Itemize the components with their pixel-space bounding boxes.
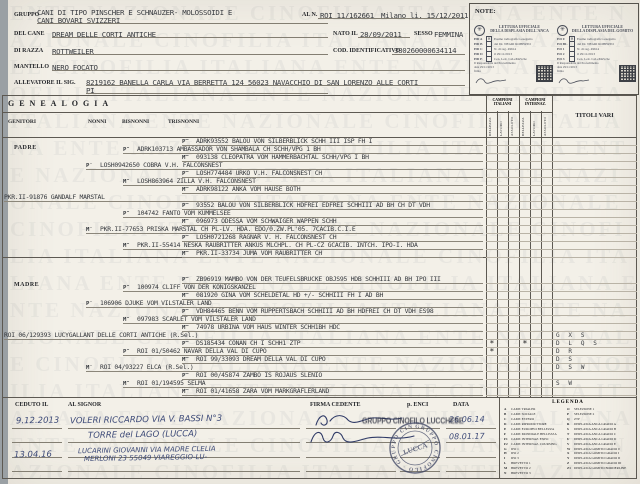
dog-name: 081920 GINA VOM SCHELDETAL HD +/- SCHHII… bbox=[196, 291, 383, 299]
campioni-star: * bbox=[523, 339, 528, 348]
table-line bbox=[552, 95, 553, 397]
dog-name: DS185434 CONAN CH I SCHH1 ZTP bbox=[196, 339, 300, 347]
legenda-text: DISPLASIA GOMITO GRADO II bbox=[574, 456, 620, 460]
legenda-text: SELEZIONE 1 bbox=[574, 407, 594, 411]
signature-line bbox=[446, 471, 496, 472]
generation-marker: P″ bbox=[123, 147, 137, 153]
legenda-key: N bbox=[504, 471, 511, 475]
dog-name: 74978 URBINA VOM HAUS WINTER SCHH1BH HDC bbox=[196, 323, 340, 331]
table-line bbox=[499, 397, 500, 478]
round-stamp: GRUPPO CINOFILO · GRUPPO CINOFILO · LUCC… bbox=[387, 420, 443, 476]
stamp-row-text: il 29/11/2013 bbox=[577, 52, 595, 56]
stamp-row-text: dal Dr. NEGRI ROBERTO bbox=[577, 42, 614, 46]
dog-name: ROI 01/50462 NAVAR DELLA VAL DI CUPO bbox=[137, 347, 267, 355]
dog-name: PKR.II-55414 NESKA RAUBRITTER ANKUS MLCH… bbox=[137, 241, 418, 249]
campioni-grid-line bbox=[486, 185, 637, 186]
dog-name: ADRK98122 ANKA VOM HAUSE BOTH bbox=[196, 185, 300, 193]
legenda-text: CAMP. ESTERO bbox=[511, 417, 534, 421]
legenda-text: DISPLASIA ANCA GRADO B bbox=[574, 427, 616, 431]
col-bisnonni: BISNONNI bbox=[122, 119, 149, 125]
signature-line bbox=[68, 471, 300, 472]
round-stamp-ring-text: GRUPPO CINOFILO · GRUPPO CINOFILO · bbox=[384, 416, 439, 472]
campioni-italiani-header: CAMPIONI ITALIANI bbox=[486, 98, 519, 107]
legenda-left-column: ACAMP. TRIALERBCAMP. SOCIALECCAMP. ESTER… bbox=[504, 407, 566, 475]
table-line bbox=[2, 95, 3, 478]
titoli-vari-value: D L Q S bbox=[556, 340, 600, 347]
legenda-key: O bbox=[567, 407, 574, 411]
signature-line bbox=[12, 442, 62, 443]
stamp-firma-label: firma bbox=[474, 70, 508, 74]
legenda-key: R bbox=[567, 422, 574, 426]
ceduto-il-label: CEDUTO IL bbox=[15, 402, 48, 408]
dog-name: PKR.II-33734 JUMA VOM RAUBRITTER CH bbox=[196, 249, 322, 257]
campioni-grid-line bbox=[486, 395, 637, 396]
stamp-code: ED 0 bbox=[557, 37, 569, 41]
dog-name: LOSH0721268 RAGNAR V. H. FALCONSNEST CH bbox=[196, 233, 336, 241]
legenda-key: C bbox=[504, 417, 511, 421]
signature-line bbox=[12, 428, 62, 429]
legenda-item: FCAMP. MONDIALE BELLEZZA bbox=[504, 431, 566, 436]
generation-marker: M″ bbox=[123, 179, 137, 185]
round-stamp-center-text: LUCCA bbox=[402, 441, 428, 456]
stamp-code: ED BL bbox=[557, 42, 569, 46]
col-genitori: GENITORI bbox=[8, 119, 36, 125]
stamp-code: HD B bbox=[474, 42, 486, 46]
stamp-code: ED 2 bbox=[557, 52, 569, 56]
campioni-internaz-line2: INTERNAZ. bbox=[519, 102, 552, 106]
campioni-grid-line bbox=[486, 193, 637, 194]
note-label: NOTE: bbox=[475, 8, 496, 15]
stamp-code: HD A bbox=[474, 37, 486, 41]
generation-marker: M″ bbox=[123, 317, 137, 323]
qr-code bbox=[537, 66, 552, 81]
legenda-text: DISPLASIA ANCA GRADO C bbox=[574, 432, 616, 436]
dog-name: ROI 01/41658 ZARA VOM MARKGRAFLERLAND bbox=[196, 387, 329, 395]
stamp-titles: LETTURA UFFICIALEDELLA DISPLASIA DELL'AN… bbox=[487, 25, 552, 34]
cod-label: COD. IDENTIFICATIVO bbox=[333, 48, 400, 54]
nato-il-label: NATO IL bbox=[333, 31, 358, 37]
campioni-grid-line bbox=[486, 307, 637, 308]
generation-marker: M′ bbox=[86, 365, 100, 371]
displasia-stamp: ✳LETTURA UFFICIALEDELLA DISPLASIA DEL GO… bbox=[557, 25, 635, 91]
col-nonni: NONNI bbox=[88, 119, 106, 125]
campioni-grid-line bbox=[486, 225, 637, 226]
legenda-text: SELEZIONE 2 bbox=[574, 412, 594, 416]
buyer-line-2: TORRE del LAGO (LUCCA) bbox=[88, 429, 197, 441]
campioni-grid-line bbox=[486, 283, 637, 284]
legenda-text: DISPLASIA ANCA GRADO D bbox=[574, 437, 616, 441]
stamp-row-text: N. di reg. 49614 bbox=[577, 47, 599, 51]
legenda-key: L bbox=[504, 461, 511, 465]
svg-text:GRUPPO CINOFILO · GRUPPO CINOF: GRUPPO CINOFILO · GRUPPO CINOFILO · bbox=[384, 416, 439, 472]
al-signor-label: AL SIGNOR bbox=[68, 402, 101, 408]
mantello-underline bbox=[52, 70, 465, 71]
generation-marker: M″ bbox=[123, 243, 137, 249]
legenda-text: BREVETTO 3 bbox=[511, 471, 531, 475]
enci-date-2: 08.01.17 bbox=[449, 432, 485, 442]
legenda-key: M bbox=[504, 466, 511, 470]
campioni-grid-line bbox=[486, 145, 637, 146]
stamp-footer-row: data 29/11/2013firma bbox=[557, 66, 635, 92]
legenda-item: F2CAMP. INTERNAZ. COURSING bbox=[504, 441, 566, 446]
dog-name: 93552 BALOU VON SILBERBLICK HDFREI EDFRE… bbox=[196, 201, 430, 209]
legenda-text: CAMP. INTERNAZ. EXPO bbox=[511, 437, 548, 441]
stamp-row-text: N. di reg. 49614 bbox=[494, 47, 516, 51]
madre-label: MADRE bbox=[14, 282, 39, 288]
generation-marker: P′ bbox=[86, 301, 100, 307]
legenda-text: CAMP. TRIALER bbox=[511, 407, 536, 411]
signature-line bbox=[12, 471, 62, 472]
allevatore-underline bbox=[86, 85, 465, 86]
campioni-subheader: BELLEZZA bbox=[521, 113, 525, 136]
campioni-grid-line bbox=[486, 257, 637, 258]
allevatore-label: ALLEVATORE IL SIG. bbox=[14, 80, 76, 86]
campioni-subheader: ASSOLUTO bbox=[543, 113, 547, 136]
stamp-title-line2: DELLA DISPLASIA DEL GOMITO bbox=[570, 29, 635, 33]
legenda-key: P bbox=[567, 412, 574, 416]
legenda-text: CAMP. SOCIALE bbox=[511, 412, 536, 416]
campioni-grid-line bbox=[486, 201, 637, 202]
generation-marker: M‴ bbox=[182, 251, 196, 257]
dog-name: 100974 CLIFF VON DER KONIGSKANZEL bbox=[137, 283, 256, 291]
dog-name: LOSH0942650 COBRA V.H. FALCONSNEST bbox=[100, 161, 222, 169]
dog-name: ZB96919 MAMBO VON DER TEUFELSBRUCKE OBJS… bbox=[196, 275, 441, 283]
dog-name: VDH84465 BENN VOM RUPPERTSBACH SCHHIII A… bbox=[196, 307, 433, 315]
legenda-key: E bbox=[504, 427, 511, 431]
dog-name: 106906 DJUKE VOM VILSTALER LAND bbox=[100, 299, 212, 307]
padre-label: PADRE bbox=[14, 145, 37, 151]
legenda-key: Z1 bbox=[567, 466, 574, 470]
table-line bbox=[2, 112, 552, 113]
legenda-key: S bbox=[567, 427, 574, 431]
titoli-vari-value: S W bbox=[556, 380, 575, 387]
table-line bbox=[2, 397, 637, 398]
data-label: DATA bbox=[453, 402, 469, 408]
stamp-footer-left: data 29/11/2013firma bbox=[557, 66, 591, 92]
pedigree-certificate: ENTE NAZIONALE CINOFILIA ITALIANA ENTE N… bbox=[0, 0, 640, 484]
legenda-key: F bbox=[504, 432, 511, 436]
stamp-title-line2: DELLA DISPLASIA DELL'ANCA bbox=[487, 29, 552, 33]
cod-underline bbox=[392, 54, 465, 55]
generation-marker: P″ bbox=[123, 349, 137, 355]
signature-line bbox=[446, 428, 496, 429]
dog-name: 104742 FANTO VOM KUMMELSEE bbox=[137, 209, 231, 217]
stamp-row-text: Esame radiografico eseguito bbox=[577, 37, 616, 41]
campioni-grid-line bbox=[486, 323, 637, 324]
signature-line bbox=[68, 442, 300, 443]
stamp-code: HD C bbox=[474, 47, 486, 51]
titoli-vari-value: D S W bbox=[556, 364, 587, 371]
campioni-grid-line bbox=[486, 177, 637, 178]
campioni-italiani-line2: ITALIANI bbox=[486, 102, 519, 106]
stamp-row-text: il 29/11/2013 bbox=[494, 52, 512, 56]
campioni-subheader: BELLEZZA bbox=[488, 113, 492, 136]
stamp-row-text: Esame radiografico eseguito bbox=[494, 37, 533, 41]
legenda-text: CAMP. RIPRODUTTORE bbox=[511, 422, 547, 426]
dog-name: PKR.II-77653 PRISKA MARSTAL CH PL-LV. HD… bbox=[100, 225, 355, 233]
legenda-key: F2 bbox=[504, 442, 511, 446]
stamp-signature bbox=[474, 76, 508, 86]
dog-name: ROI 01/194595 SELMA bbox=[137, 379, 205, 387]
gruppo-label: GRUPPO bbox=[14, 12, 39, 18]
stamp-footer-left: data 29/11/2013firma bbox=[474, 66, 508, 92]
rosette-icon: ✳ bbox=[474, 25, 485, 36]
displasia-stamp: ✳LETTURA UFFICIALEDELLA DISPLASIA DELL'A… bbox=[474, 25, 552, 91]
legenda-text: IPO 3 bbox=[511, 456, 519, 460]
p-enci-label: p. ENCI bbox=[407, 402, 428, 408]
sesso-value: FEMMINA bbox=[434, 30, 463, 39]
rosette-icon: ✳ bbox=[557, 25, 568, 36]
legenda-title: LEGENDA bbox=[499, 400, 637, 405]
legenda-key: D bbox=[504, 422, 511, 426]
dog-name: 097983 SCARLET VOM VILSTALER LAND bbox=[137, 315, 256, 323]
allevatore-underline2 bbox=[86, 93, 328, 94]
table-line bbox=[519, 95, 520, 397]
legenda-key: I bbox=[504, 456, 511, 460]
del-cane-label: DEL CANE bbox=[14, 31, 45, 37]
stamp-code: HD D bbox=[474, 52, 486, 56]
legenda-key: B bbox=[504, 412, 511, 416]
dog-name: LOSH863964 ZILLA V.H. FALCONSNEST bbox=[137, 177, 256, 185]
qr-code bbox=[620, 66, 635, 81]
stamp-code: ED 1 bbox=[557, 47, 569, 51]
stamp-row-text: dal Dr. NEGRI ROBERTO bbox=[494, 42, 531, 46]
sesso-label: SESSO bbox=[414, 31, 433, 37]
dog-name: ROI 99/33093 DREAM DELLA VAL DI CUPO bbox=[196, 355, 326, 363]
legenda-text: IPO 2 bbox=[511, 451, 519, 455]
note-box: NOTE: ✳LETTURA UFFICIALEDELLA DISPLASIA … bbox=[469, 3, 639, 95]
campioni-subheader: LAVORO bbox=[499, 113, 503, 136]
legenda-key: X bbox=[567, 451, 574, 455]
legenda-key: G bbox=[504, 447, 511, 451]
mantello-label: MANTELLO bbox=[14, 64, 49, 70]
campioni-grid-line bbox=[486, 217, 637, 218]
stamp-head: ✳LETTURA UFFICIALEDELLA DISPLASIA DEL GO… bbox=[557, 25, 635, 36]
legenda-text: DISPLASIA GOMITO BORDERLINE bbox=[574, 466, 626, 470]
campioni-grid-line bbox=[486, 169, 637, 170]
table-line bbox=[2, 478, 637, 479]
stamp-titles: LETTURA UFFICIALEDELLA DISPLASIA DEL GOM… bbox=[570, 25, 635, 34]
dog-name: PKR.II-91876 GANDALF MARSTAL bbox=[4, 193, 105, 201]
ceduto-date-2: 13.04.16 bbox=[14, 450, 52, 461]
di-razza-underline bbox=[52, 54, 328, 55]
campioni-grid-line bbox=[486, 153, 637, 154]
legenda-text: CAMP. EUROPEO BELLEZZA bbox=[511, 427, 554, 431]
campioni-grid-line bbox=[486, 161, 637, 162]
genealogia-title: GENEALOGIA bbox=[8, 99, 113, 108]
dog-name: ADRK103713 AMBASSADOR VON SHAMBALA CH SC… bbox=[137, 145, 320, 153]
titoli-vari-value: D R bbox=[556, 348, 575, 355]
gruppo-underline bbox=[37, 23, 328, 24]
legenda-text: IPO 1 bbox=[511, 447, 519, 451]
col-trisnonni: TRISNONNI bbox=[168, 119, 199, 125]
firma-cedente-label: FIRMA CEDENTE bbox=[310, 402, 361, 408]
legenda-item: Z1DISPLASIA GOMITO BORDERLINE bbox=[567, 466, 637, 471]
legenda-text: CAMP. MONDIALE BELLEZZA bbox=[511, 432, 557, 436]
signature-line bbox=[446, 442, 496, 443]
legenda-text: DISPLASIA GOMITO GRADO 0 bbox=[574, 447, 620, 451]
dog-name: 096973 ODESSA VOM SCHWAIGER WAPPEN SCHH bbox=[196, 217, 336, 225]
ceduto-date-1: 9.12.2013 bbox=[16, 416, 59, 427]
stamp-signature bbox=[557, 76, 591, 86]
legenda-text: BREVETTO 2 bbox=[511, 466, 531, 470]
campioni-grid-line bbox=[486, 233, 637, 234]
legenda-key: A bbox=[504, 407, 511, 411]
pedigree-row: M‴ROI 01/41658 ZARA VOM MARKGRAFLERLAND bbox=[182, 387, 483, 396]
titoli-vari-value: G X S bbox=[556, 332, 587, 339]
legenda-key: Q bbox=[567, 417, 574, 421]
legenda-key: V bbox=[567, 442, 574, 446]
dog-name: ROI 00/45874 ZAMBO IS ROJAUS SLENIO bbox=[196, 371, 322, 379]
legenda-text: CAMP. INTERNAZ. COURSING bbox=[511, 442, 557, 446]
campioni-grid-line bbox=[486, 291, 637, 292]
campioni-subheader: LAVORO bbox=[532, 113, 536, 136]
titoli-vari-header: TITOLI VARI bbox=[552, 112, 637, 119]
dog-name: ADRK93552 BALOU VON SILBERBLICK SCHH III… bbox=[196, 137, 372, 145]
legenda-text: DISPLASIA ANCA GRADO E bbox=[574, 442, 616, 446]
stamp-footer-row: data 29/11/2013firma bbox=[474, 66, 552, 92]
campioni-grid-line bbox=[486, 209, 637, 210]
campioni-grid-line bbox=[486, 249, 637, 250]
signature-line bbox=[446, 457, 496, 458]
generation-marker: P″ bbox=[123, 285, 137, 291]
legenda-key: T bbox=[567, 432, 574, 436]
legenda-key: W bbox=[567, 447, 574, 451]
legenda-key: H bbox=[504, 451, 511, 455]
generation-marker: M‴ bbox=[182, 187, 196, 193]
stamp-head: ✳LETTURA UFFICIALEDELLA DISPLASIA DELL'A… bbox=[474, 25, 552, 36]
signature-line bbox=[306, 457, 396, 458]
legenda-key: F1 bbox=[504, 437, 511, 441]
nato-il-underline bbox=[358, 37, 410, 38]
legenda-text: ZTP bbox=[574, 417, 580, 421]
generation-marker: M‴ bbox=[182, 389, 196, 395]
dog-name: ROI 06/129393 LUCYGALLANT DELLE CORTI AN… bbox=[4, 331, 198, 339]
di-razza-label: DI RAZZA bbox=[14, 48, 43, 54]
legenda-key: U bbox=[567, 437, 574, 441]
generation-marker: P″ bbox=[123, 211, 137, 217]
generation-marker: M′ bbox=[86, 227, 100, 233]
campioni-grid-line bbox=[486, 315, 637, 316]
legenda-text: DISPLASIA GOMITO GRADO I bbox=[574, 451, 619, 455]
generation-marker: M″ bbox=[123, 381, 137, 387]
generation-marker: P′ bbox=[86, 163, 100, 169]
pedigree-row: M‴PKR.II-33734 JUMA VOM RAUBRITTER CH bbox=[182, 249, 483, 258]
legenda-text: BREVETTO 1 bbox=[511, 461, 531, 465]
campioni-star: * bbox=[490, 347, 495, 356]
legenda-text: DISPLASIA ANCA GRADO A bbox=[574, 422, 616, 426]
legenda-key: Y bbox=[567, 456, 574, 460]
del-cane-underline bbox=[52, 37, 328, 38]
table-line bbox=[486, 95, 487, 397]
legenda-text: DISPLASIA GOMITO GRADO III bbox=[574, 461, 621, 465]
campioni-grid-line bbox=[486, 299, 637, 300]
signature-line bbox=[306, 471, 396, 472]
stamp-firma-label: firma bbox=[557, 70, 591, 74]
al-n-label: AL N. bbox=[302, 12, 317, 18]
al-n-underline bbox=[318, 18, 465, 19]
campioni-subheader: ASSOLUTO bbox=[510, 113, 514, 136]
dog-name: ROI 04/93227 ELCA (R.Sel.) bbox=[100, 363, 194, 371]
table-line bbox=[2, 95, 637, 96]
dog-name: LOSH774484 URKO V.H. FALCONSNEST CH bbox=[196, 169, 322, 177]
legenda-right-column: OSELEZIONE 1PSELEZIONE 2QZTPRDISPLASIA A… bbox=[567, 407, 637, 471]
campioni-internaz-header: CAMPIONI INTERNAZ. bbox=[519, 98, 552, 107]
campioni-grid-line bbox=[486, 241, 637, 242]
titoli-vari-value: D S bbox=[556, 356, 575, 363]
legenda-item: NBREVETTO 3 bbox=[504, 471, 566, 476]
legenda-key: Z bbox=[567, 461, 574, 465]
dog-name: 093138 CLEOPATRA VOM HAMMERBACHTAL SCHH/… bbox=[196, 153, 369, 161]
